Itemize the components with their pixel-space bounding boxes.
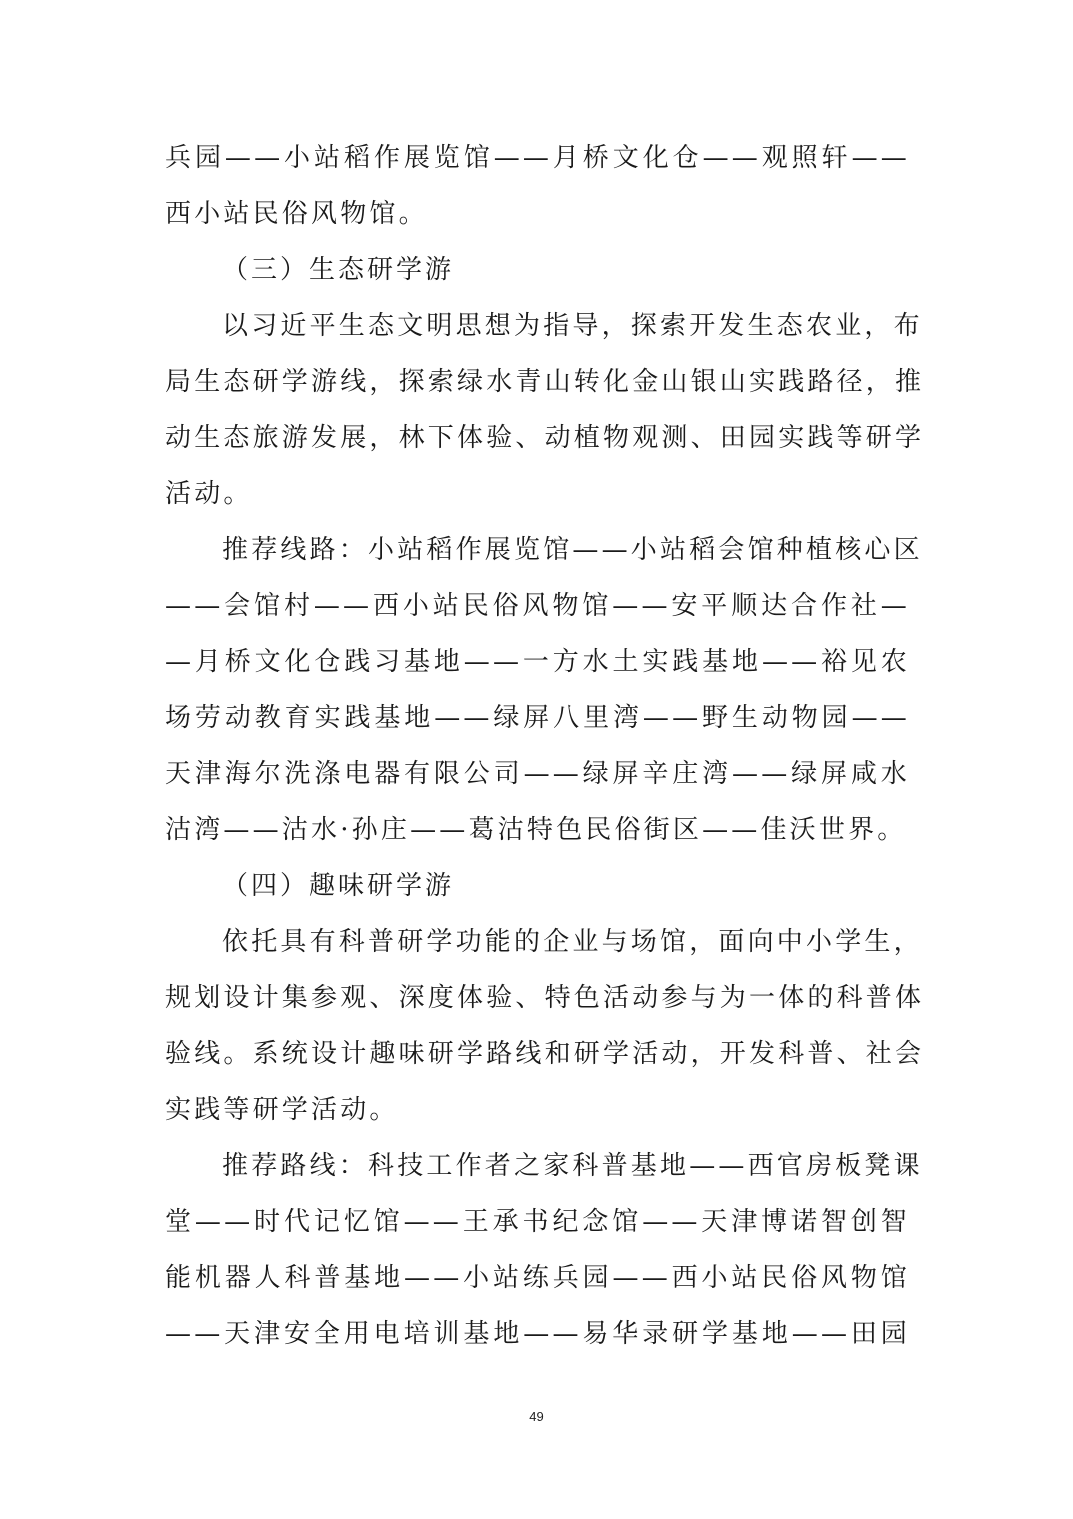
text-line: 天津海尔洗涤电器有限公司——绿屏辛庄湾——绿屏咸水: [165, 754, 910, 794]
recommended-route-ecology: 推荐线路：小站稻作展览馆——小站稻会馆种植核心区: [222, 530, 910, 570]
section-heading-fun: （四）趣味研学游: [222, 866, 910, 906]
text-line: ——会馆村——西小站民俗风物馆——安平顺达合作社—: [165, 586, 910, 626]
text-line: 场劳动教育实践基地——绿屏八里湾——野生动物园——: [165, 698, 910, 738]
text-line: 验线。系统设计趣味研学路线和研学活动，开发科普、社会: [165, 1034, 910, 1074]
text-line: ——天津安全用电培训基地——易华录研学基地——田园: [165, 1314, 910, 1354]
text-line: —月桥文化仓践习基地——一方水土实践基地——裕见农: [165, 642, 910, 682]
paragraph-first-line: 依托具有科普研学功能的企业与场馆，面向中小学生，: [222, 922, 910, 962]
text-line: 能机器人科普基地——小站练兵园——西小站民俗风物馆: [165, 1258, 910, 1298]
page-number: 49: [0, 1409, 1073, 1424]
recommended-route-fun: 推荐路线：科技工作者之家科普基地——西官房板凳课: [222, 1146, 910, 1186]
text-line: 沽湾——沽水·孙庄——葛沽特色民俗街区——佳沃世界。: [165, 810, 910, 850]
paragraph-first-line: 以习近平生态文明思想为指导，探索开发生态农业，布: [222, 306, 910, 346]
text-line: 实践等研学活动。: [165, 1090, 910, 1130]
text-line: 兵园——小站稻作展览馆——月桥文化仓——观照轩——: [165, 138, 910, 178]
text-line: 活动。: [165, 474, 910, 514]
text-line: 堂——时代记忆馆——王承书纪念馆——天津博诺智创智: [165, 1202, 910, 1242]
document-page: 兵园——小站稻作展览馆——月桥文化仓——观照轩—— 西小站民俗风物馆。 （三）生…: [0, 0, 1073, 1519]
text-line: 规划设计集参观、深度体验、特色活动参与为一体的科普体: [165, 978, 910, 1018]
text-line: 西小站民俗风物馆。: [165, 194, 910, 234]
text-line: 局生态研学游线，探索绿水青山转化金山银山实践路径，推: [165, 362, 910, 402]
section-heading-ecology: （三）生态研学游: [222, 250, 910, 290]
text-line: 动生态旅游发展，林下体验、动植物观测、田园实践等研学: [165, 418, 910, 458]
